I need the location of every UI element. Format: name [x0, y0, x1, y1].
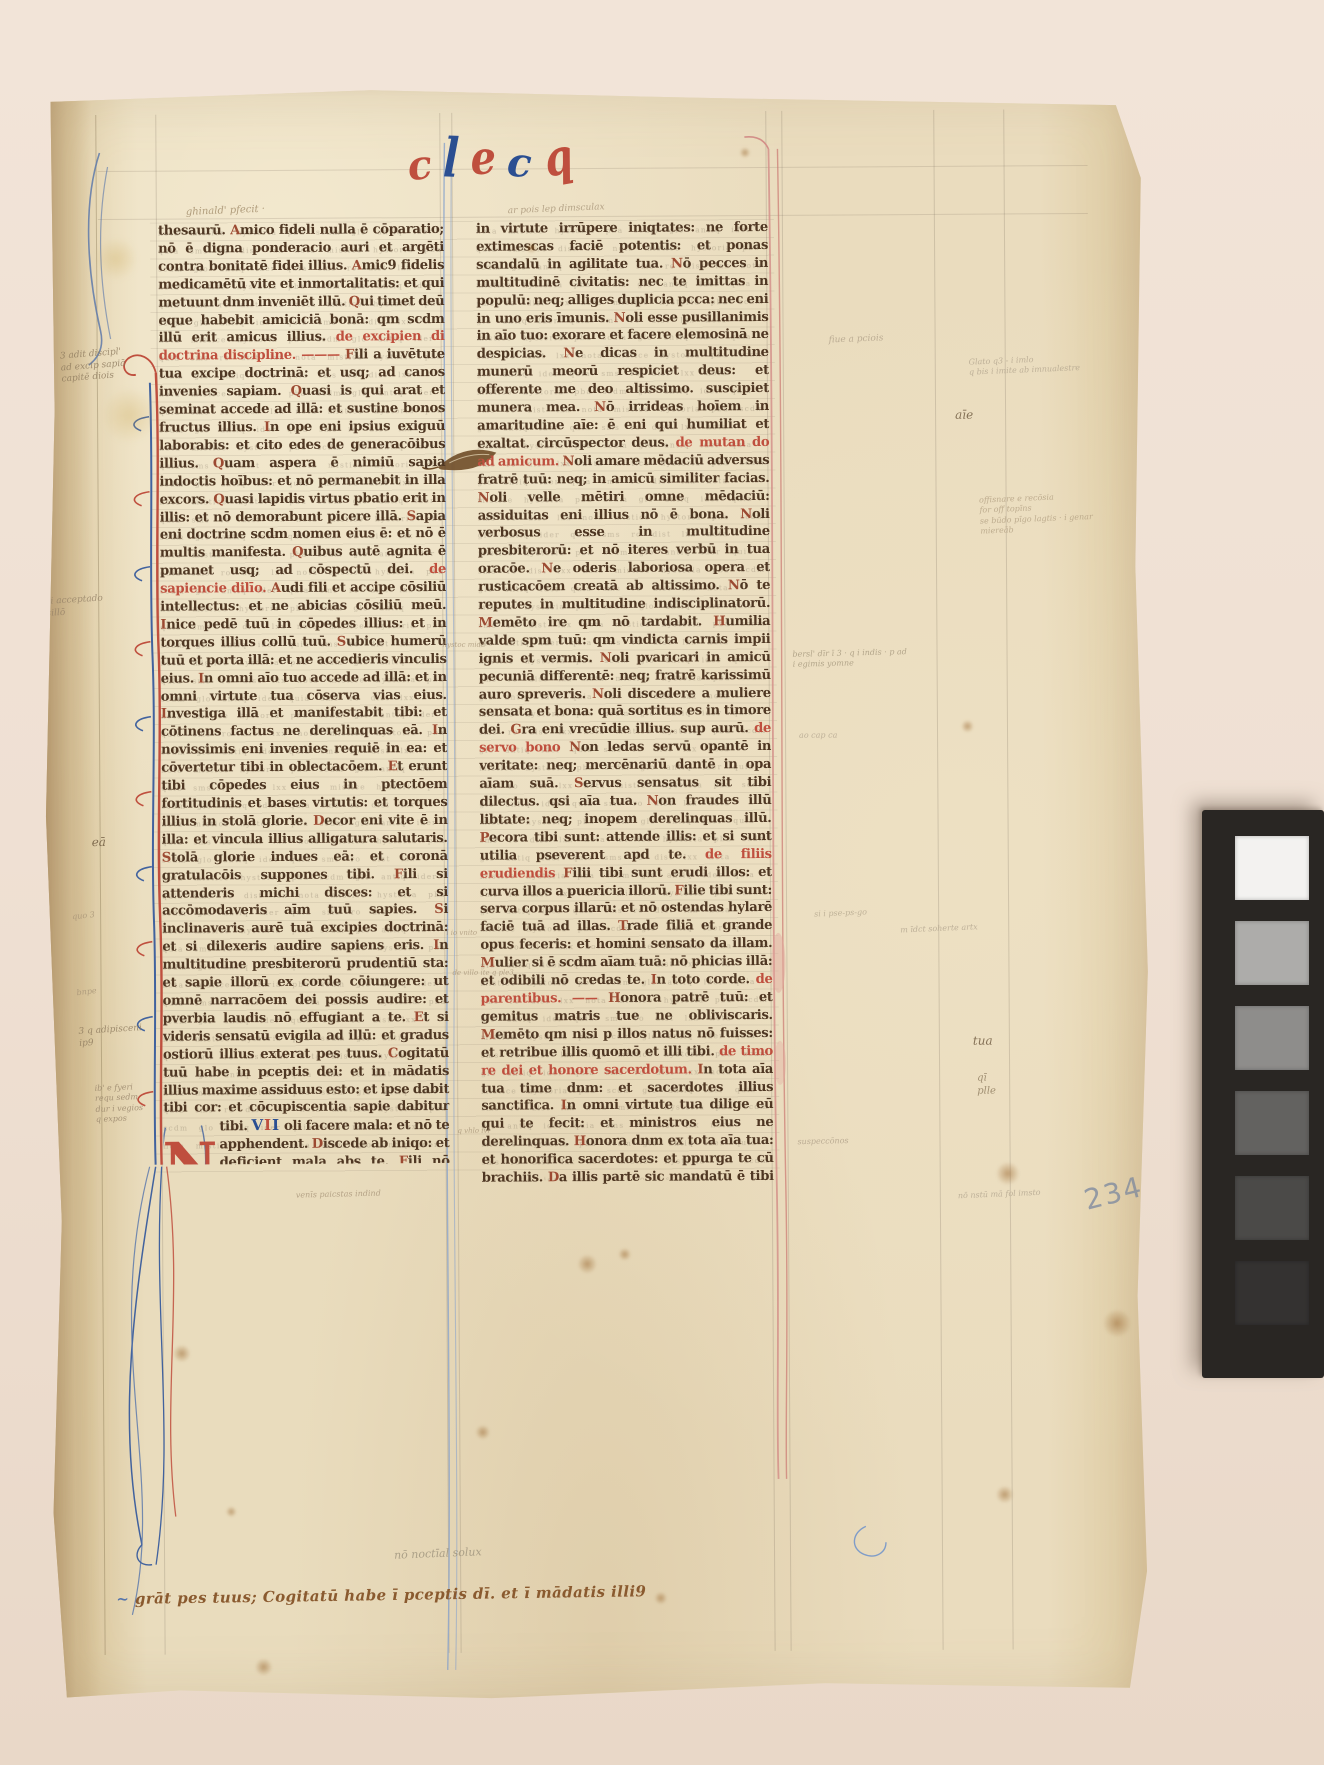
ruling-line	[933, 110, 943, 1650]
foxing-spot	[1103, 1309, 1132, 1338]
gray-patch	[1235, 1261, 1309, 1325]
photo-mat: clecq nota mistice hystoria pba scdm glo…	[0, 0, 1324, 1765]
foxing-spot	[94, 237, 138, 281]
folio-number: 234	[1081, 1170, 1147, 1217]
running-title-letter: c	[405, 141, 435, 191]
marginal-gloss: ao cap ca	[799, 731, 837, 742]
foxing-spot	[996, 1161, 1020, 1185]
ruling-line	[1003, 110, 1013, 1650]
rubric: de servo bono	[479, 721, 771, 756]
running-title-letter: e	[469, 131, 497, 186]
text-column-right: nota mistice hystoria pba scdm glo antiq…	[476, 219, 774, 1185]
patch-column	[1202, 836, 1324, 1325]
marginal-gloss: offisnare e recōsiafor off topīnsse būdo…	[979, 491, 1094, 537]
gray-patch	[1235, 836, 1309, 900]
foxing-spot	[739, 147, 750, 158]
marginal-gloss: qīplle	[977, 1072, 996, 1098]
binding-guard-edge	[37, 87, 101, 1707]
marginal-gloss: bersl' dīr ī 3 · q i indis · p adi egimi…	[792, 647, 907, 670]
running-title-letter: l	[442, 126, 460, 190]
chapter-number: VII	[251, 1119, 280, 1134]
marginal-gloss: venīs paicstas indind	[296, 1189, 381, 1201]
foxing-spot	[475, 1425, 490, 1440]
foxing-spot	[173, 1344, 191, 1362]
marginal-gloss: fiue a pciois	[828, 333, 883, 347]
foxing-spot	[226, 1506, 237, 1517]
foxing-spot	[101, 387, 159, 445]
foxing-spot	[618, 1248, 631, 1261]
marginal-gloss: ghinald' pfecit ·	[186, 203, 266, 219]
running-title-letter: q	[540, 126, 577, 189]
foxing-spot	[961, 720, 974, 733]
ruling-line	[781, 111, 791, 1651]
manuscript-leaf: clecq nota mistice hystoria pba scdm glo…	[37, 81, 1159, 1708]
gray-patch	[1235, 1006, 1309, 1070]
marginal-gloss: tua	[973, 1034, 993, 1050]
bottom-gloss: nō noctīal solux	[394, 1545, 482, 1562]
running-title-letter: c	[506, 139, 533, 187]
column-text: thesaurū. Amico fideli nulla ē cōparatio…	[158, 221, 450, 1165]
marginal-gloss: Glato q3 - i imloq bis i imite ab imnual…	[968, 353, 1080, 378]
marginal-gloss: aīe	[955, 408, 973, 424]
rubric: de excipien di doctrina discipline. ———	[159, 329, 445, 364]
rubric: de timo re dei et honore sacerdotum.	[481, 1044, 773, 1079]
gray-patch	[1235, 1091, 1309, 1155]
text-column-left: nota mistice hystoria pba scdm glo antiq…	[158, 221, 450, 1165]
marginal-gloss: si i pse-ps-go	[814, 907, 867, 920]
gray-patch	[1235, 921, 1309, 985]
column-text: in virtute irrūpere iniqtates: ne forte …	[476, 219, 774, 1185]
rubric: de sapiencie dilīo.	[160, 562, 446, 597]
decorated-initial: N	[158, 1122, 212, 1165]
marginal-gloss: nō nstū mā fol imsto	[958, 1188, 1041, 1202]
rubric: de mutan do ad amicum.	[477, 435, 769, 470]
rubric: de parentibus. ——	[481, 972, 773, 1007]
running-title: clecq	[369, 134, 609, 182]
rubric: de filiis erudiendis	[480, 847, 772, 882]
bottom-annotation: grāt pes tuus; Cogitatū habe ī pceptis d…	[116, 1579, 840, 1608]
grayscale-calibration-card	[1202, 810, 1324, 1378]
foxing-spot	[255, 1658, 273, 1676]
gray-patch	[1235, 1176, 1309, 1240]
foxing-spot	[577, 1254, 597, 1274]
marginal-gloss: suspeccōnos	[797, 1136, 848, 1148]
